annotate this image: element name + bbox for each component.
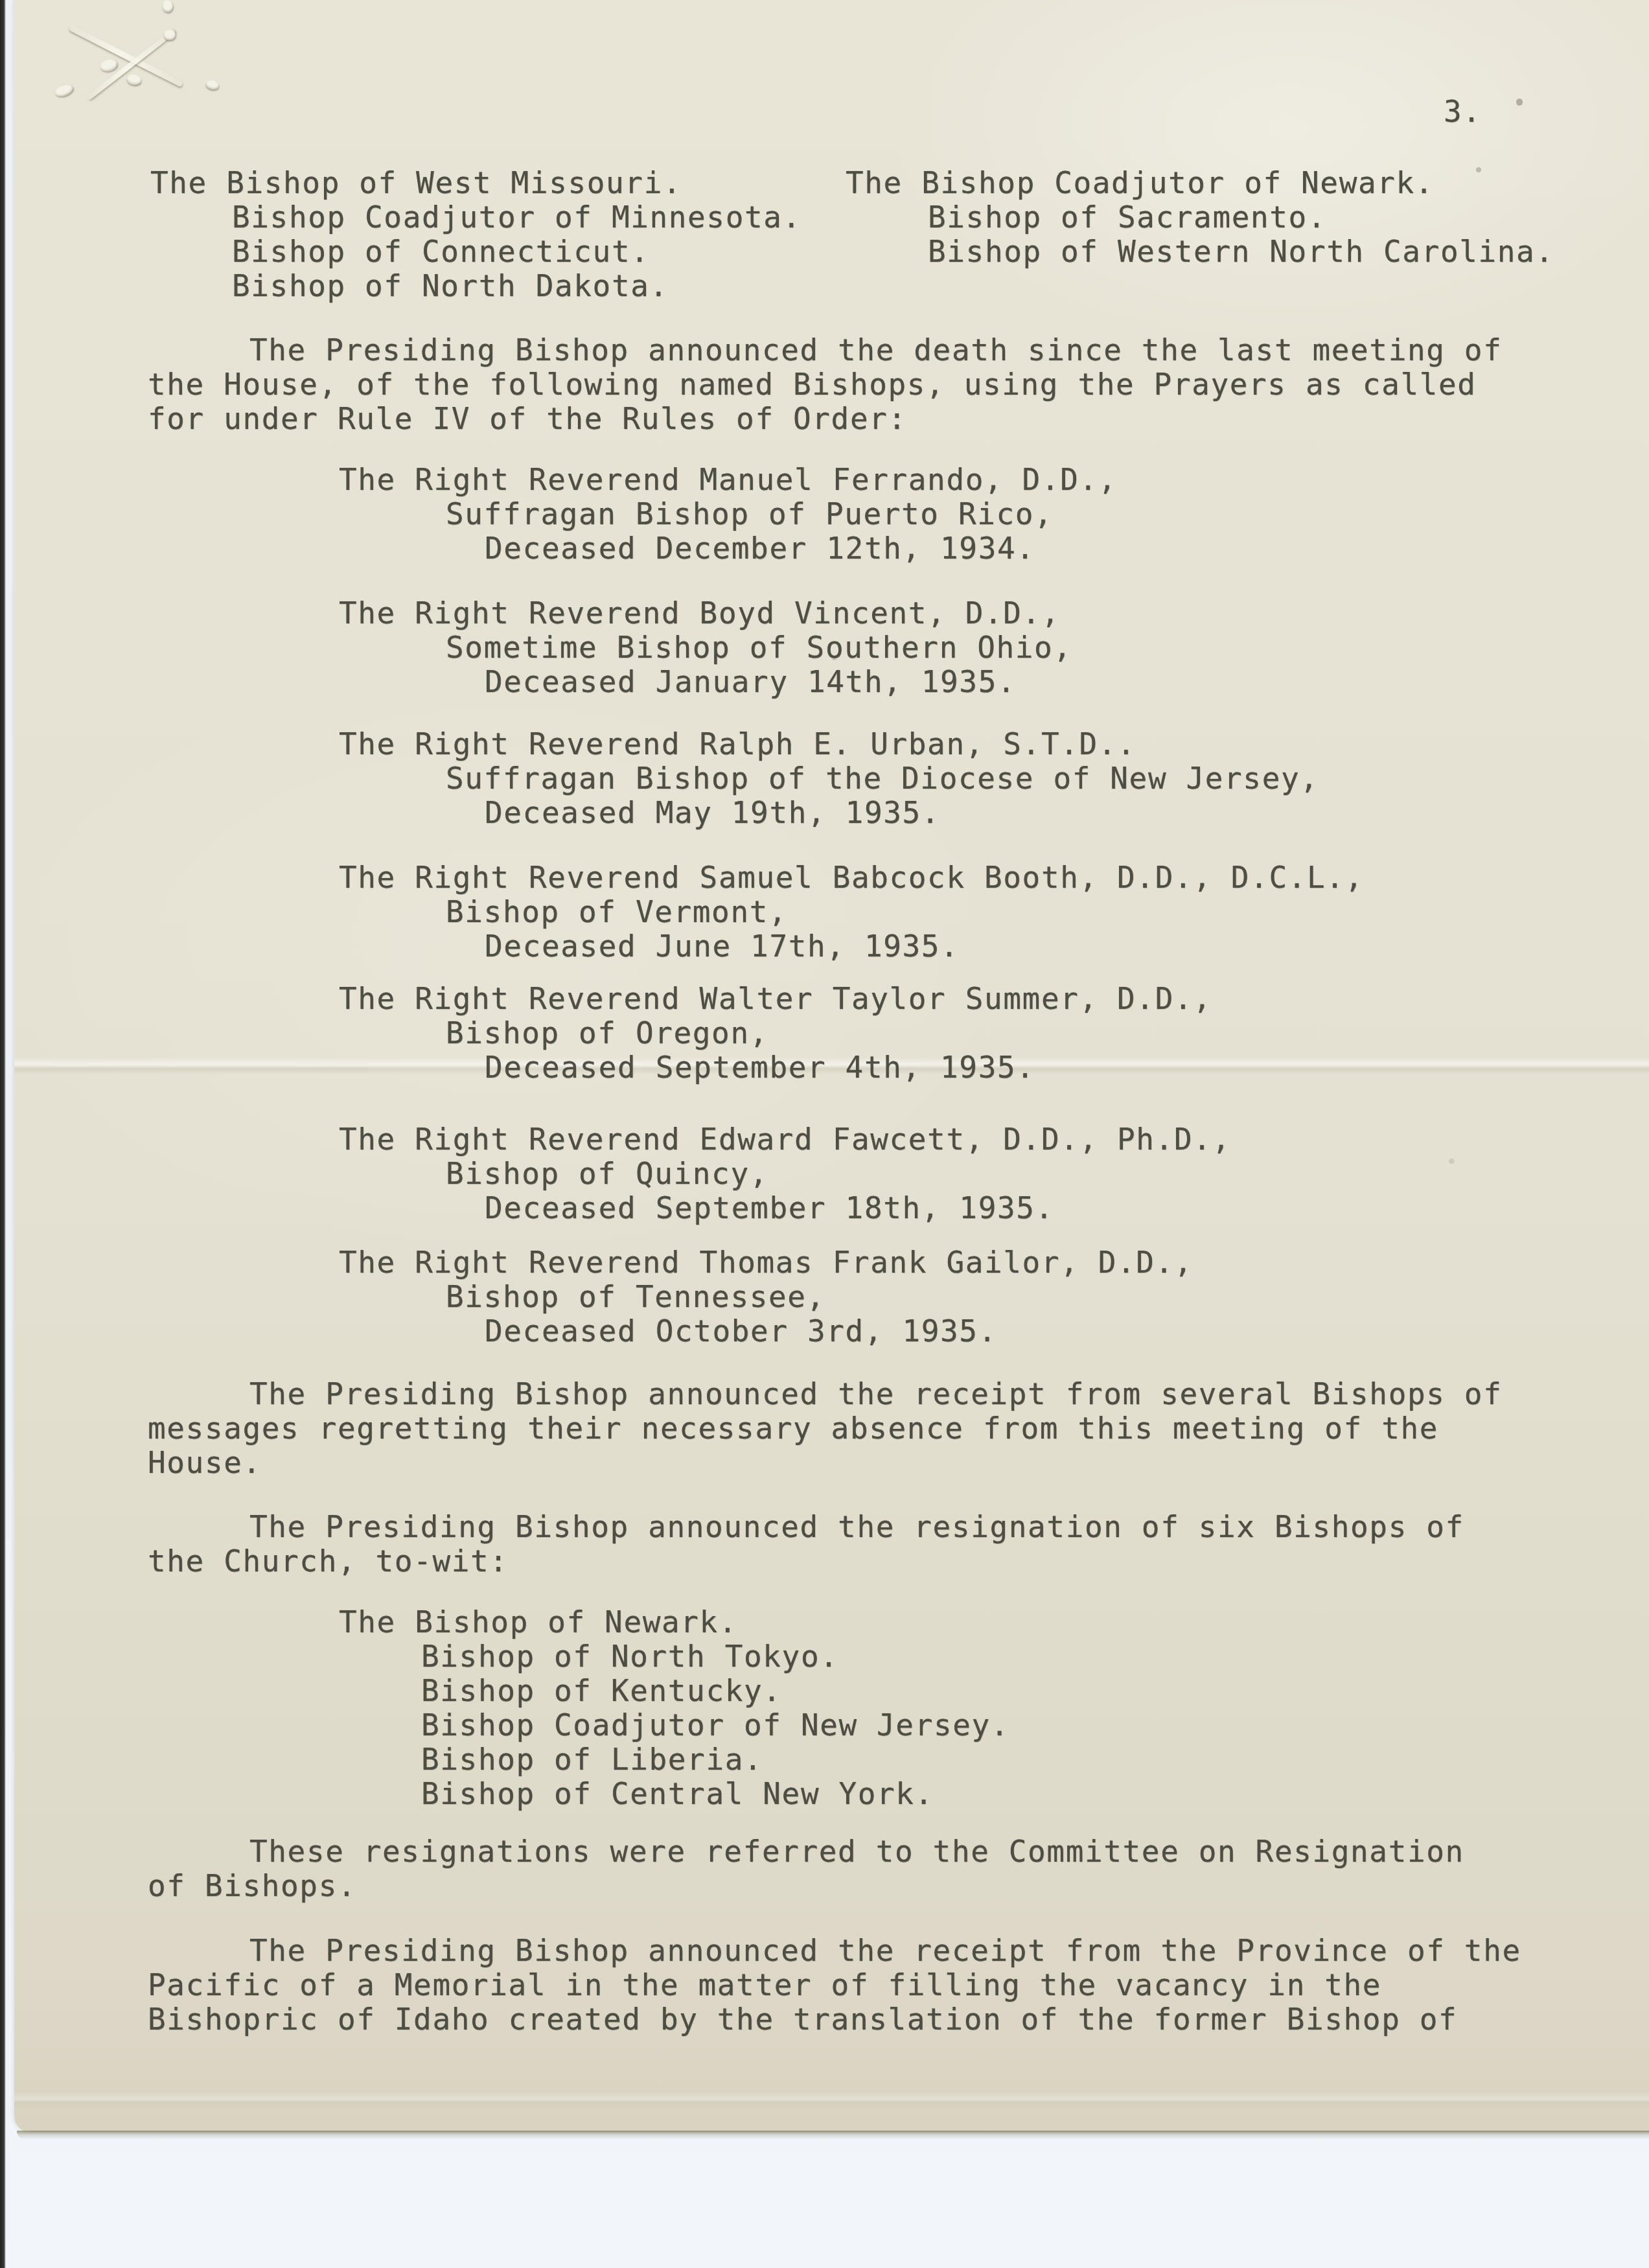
attendance-line: Bishop of Western North Carolina. (928, 235, 1554, 269)
paragraph-line: Pacific of a Memorial in the matter of f… (148, 1968, 1381, 2002)
ink-speck (1516, 98, 1523, 106)
memorial-deceased: Deceased December 12th, 1934. (485, 531, 1035, 566)
resignation-line: Bishop of Kentucky. (421, 1674, 782, 1708)
fold-crease (14, 2092, 1649, 2109)
memorial-name: The Right Reverend Ralph E. Urban, S.T.D… (339, 727, 1136, 761)
ink-speck (1449, 1159, 1455, 1164)
staple-tear-mark (162, 0, 173, 12)
paragraph-line: messages regretting their necessary abse… (148, 1411, 1438, 1446)
resignation-line: Bishop Coadjutor of New Jersey. (421, 1708, 1009, 1742)
page-number: 3. (1444, 95, 1482, 129)
memorial-deceased: Deceased May 19th, 1935. (485, 796, 940, 830)
memorial-title: Suffragan Bishop of Puerto Rico, (446, 497, 1053, 531)
resignation-line: Bishop of North Tokyo. (421, 1639, 838, 1674)
staple-tear-mark (98, 58, 119, 73)
resignation-line: The Bishop of Newark. (339, 1605, 737, 1639)
paragraph-line: the Church, to-wit: (148, 1544, 509, 1579)
attendance-line: Bishop Coadjutor of Minnesota. (232, 200, 801, 235)
paragraph-line: for under Rule IV of the Rules of Order: (148, 402, 907, 436)
paragraph-line: The Presiding Bishop announced the death… (249, 333, 1502, 367)
memorial-deceased: Deceased September 4th, 1935. (485, 1050, 1035, 1085)
ink-speck (1476, 167, 1481, 172)
memorial-deceased: Deceased June 17th, 1935. (485, 929, 959, 964)
paragraph-line: The Presiding Bishop announced the recei… (249, 1934, 1521, 1968)
memorial-name: The Right Reverend Boyd Vincent, D.D., (339, 596, 1060, 631)
staple-tear-mark (126, 73, 142, 86)
memorial-deceased: Deceased January 14th, 1935. (485, 665, 1016, 699)
paragraph-line: House. (148, 1446, 262, 1480)
memorial-name: The Right Reverend Walter Taylor Summer,… (339, 982, 1212, 1016)
memorial-title: Bishop of Vermont, (446, 895, 787, 929)
paragraph-line: The Presiding Bishop announced the recei… (249, 1377, 1502, 1411)
paragraph-line: The Presiding Bishop announced the resig… (249, 1510, 1464, 1544)
memorial-title: Bishop of Tennessee, (446, 1280, 825, 1314)
attendance-line: The Bishop of West Missouri. (150, 166, 682, 200)
paragraph-line: of Bishops. (148, 1869, 356, 1903)
memorial-name: The Right Reverend Edward Fawcett, D.D.,… (339, 1122, 1231, 1157)
attendance-line: The Bishop Coadjutor of Newark. (846, 166, 1434, 200)
resignation-line: Bishop of Liberia. (421, 1742, 763, 1777)
staple-tear-mark (163, 30, 176, 40)
paragraph-line: These resignations were referred to the … (249, 1834, 1464, 1869)
scan-edge-strip (0, 0, 6, 2268)
memorial-deceased: Deceased September 18th, 1935. (485, 1191, 1054, 1225)
attendance-line: Bishop of Connecticut. (232, 235, 649, 269)
staple-tear-mark (53, 83, 75, 99)
memorial-title: Suffragan Bishop of the Diocese of New J… (446, 761, 1319, 796)
resignation-line: Bishop of Central New York. (421, 1777, 934, 1811)
attendance-line: Bishop of North Dakota. (232, 269, 669, 303)
memorial-name: The Right Reverend Manuel Ferrando, D.D.… (339, 463, 1117, 497)
paragraph-line: the House, of the following named Bishop… (148, 367, 1477, 402)
memorial-title: Sometime Bishop of Southern Ohio, (446, 631, 1072, 665)
paper-bottom-shadow (17, 2131, 1649, 2140)
memorial-name: The Right Reverend Thomas Frank Gailor, … (339, 1245, 1193, 1280)
paragraph-line: Bishopric of Idaho created by the transl… (148, 2002, 1457, 2037)
memorial-deceased: Deceased October 3rd, 1935. (485, 1314, 997, 1348)
paper-sheet: 3. The Bishop of West Missouri. Bishop C… (14, 0, 1649, 2132)
memorial-title: Bishop of Quincy, (446, 1157, 768, 1191)
memorial-name: The Right Reverend Samuel Babcock Booth,… (339, 861, 1364, 895)
scanned-document-page: 3. The Bishop of West Missouri. Bishop C… (0, 0, 1649, 2268)
staple-tear-mark (205, 79, 220, 91)
attendance-line: Bishop of Sacramento. (928, 200, 1326, 235)
memorial-title: Bishop of Oregon, (446, 1016, 768, 1050)
